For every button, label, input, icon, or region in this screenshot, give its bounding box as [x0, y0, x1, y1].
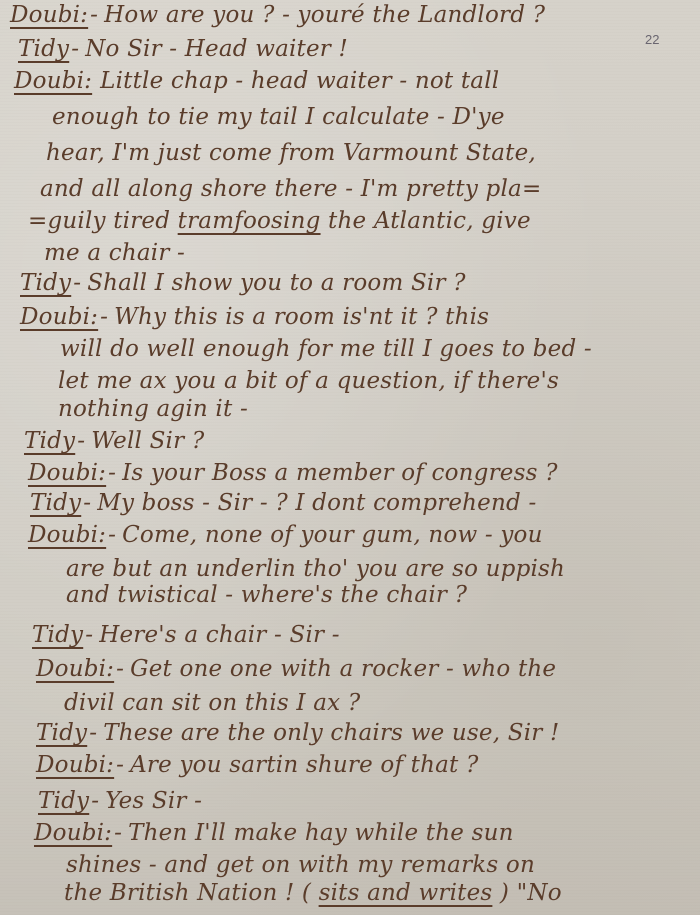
dialogue-line: Tidy-Well Sir ? — [24, 428, 204, 454]
separator: - — [77, 428, 85, 454]
page-number: 22 — [645, 32, 659, 47]
dialogue-line: Tidy-My boss - Sir - ? I dont comprehend… — [30, 490, 536, 516]
dialogue-line: Tidy-These are the only chairs we use, S… — [36, 720, 559, 746]
dialogue-line: shines - and get on with my remarks on — [66, 852, 535, 878]
dialogue-line: =guily tired tramfoosing the Atlantic, g… — [28, 208, 531, 234]
separator: - — [85, 622, 93, 648]
dialogue-text: the Atlantic, give — [321, 208, 531, 234]
dialogue-text: let me ax you a bit of a question, if th… — [58, 368, 559, 394]
speaker-label: Tidy — [30, 490, 81, 516]
speaker-label: Doubi: — [34, 820, 112, 846]
dialogue-line: Tidy-Yes Sir - — [38, 788, 202, 814]
dialogue-text: How are you ? - youré the Landlord ? — [104, 2, 545, 28]
dialogue-text: Get one one with a rocker - who the — [130, 656, 556, 682]
speaker-label: Doubi: — [36, 752, 114, 778]
dialogue-line: Doubi:-Are you sartin shure of that ? — [36, 752, 479, 778]
dialogue-text: Why this is a room is'nt it ? this — [114, 304, 489, 330]
dialogue-text: Is your Boss a member of congress ? — [122, 460, 558, 486]
speaker-label: Doubi: — [10, 2, 88, 28]
dialogue-text: hear, I'm just come from Varmount State, — [46, 140, 536, 166]
dialogue-line: Tidy-No Sir - Head waiter ! — [18, 36, 348, 62]
separator: - — [73, 270, 81, 296]
separator: - — [116, 752, 124, 778]
dialogue-line: hear, I'm just come from Varmount State, — [46, 140, 536, 166]
dialogue-text: Are you sartin shure of that ? — [130, 752, 478, 778]
dialogue-line: and twistical - where's the chair ? — [66, 582, 467, 608]
dialogue-line: will do well enough for me till I goes t… — [60, 336, 592, 362]
dialogue-text: Shall I show you to a room Sir ? — [87, 270, 466, 296]
dialogue-line: Doubi:-Get one one with a rocker - who t… — [36, 656, 556, 682]
dialogue-line: Doubi:-Why this is a room is'nt it ? thi… — [20, 304, 489, 330]
dialogue-text: and twistical - where's the chair ? — [66, 582, 467, 608]
dialogue-text: =guily tired — [28, 208, 178, 234]
dialogue-text: me a chair - — [44, 240, 185, 266]
dialogue-line: Doubi:-Then I'll make hay while the sun — [34, 820, 514, 846]
dialogue-line: are but an underlin tho' you are so uppi… — [66, 556, 565, 582]
speaker-label: Doubi: — [20, 304, 98, 330]
dialogue-text: Here's a chair - Sir - — [99, 622, 339, 648]
dialogue-text: Then I'll make hay while the sun — [128, 820, 513, 846]
dialogue-line: Doubi:Little chap - head waiter - not ta… — [14, 68, 499, 94]
speaker-label: Doubi: — [36, 656, 114, 682]
dialogue-line: Doubi:-Is your Boss a member of congress… — [28, 460, 558, 486]
separator: - — [71, 36, 79, 62]
separator: - — [108, 522, 116, 548]
dialogue-text: Well Sir ? — [91, 428, 204, 454]
dialogue-line: Tidy-Here's a chair - Sir - — [32, 622, 340, 648]
separator: - — [89, 720, 97, 746]
dialogue-text: My boss - Sir - ? I dont comprehend - — [97, 490, 536, 516]
separator: - — [108, 460, 116, 486]
dialogue-line: me a chair - — [44, 240, 185, 266]
speaker-label: Doubi: — [14, 68, 92, 94]
speaker-label: Doubi: — [28, 522, 106, 548]
separator: - — [90, 2, 98, 28]
dialogue-text: are but an underlin tho' you are so uppi… — [66, 556, 565, 582]
dialogue-text: These are the only chairs we use, Sir ! — [103, 720, 559, 746]
dialogue-text: enough to tie my tail I calculate - D'ye — [52, 104, 505, 130]
separator: - — [116, 656, 124, 682]
speaker-label: Tidy — [18, 36, 69, 62]
separator: - — [83, 490, 91, 516]
speaker-label: Doubi: — [28, 460, 106, 486]
speaker-label: Tidy — [38, 788, 89, 814]
dialogue-line: and all along shore there - I'm pretty p… — [40, 176, 541, 202]
dialogue-line: nothing agin it - — [58, 396, 248, 422]
underlined-word: tramfoosing — [178, 208, 321, 234]
speaker-label: Tidy — [24, 428, 75, 454]
dialogue-line: enough to tie my tail I calculate - D'ye — [52, 104, 505, 130]
dialogue-line: divil can sit on this I ax ? — [64, 690, 360, 716]
dialogue-line: Tidy-Shall I show you to a room Sir ? — [20, 270, 466, 296]
dialogue-text: Come, none of your gum, now - you — [122, 522, 542, 548]
speaker-label: Tidy — [32, 622, 83, 648]
dialogue-text: No Sir - Head waiter ! — [85, 36, 348, 62]
dialogue-text: and all along shore there - I'm pretty p… — [40, 176, 541, 202]
dialogue-text: nothing agin it - — [58, 396, 248, 422]
dialogue-text: ) "No — [492, 880, 561, 906]
underlined-stage-direction: sits and writes — [319, 880, 493, 906]
dialogue-text: divil can sit on this I ax ? — [64, 690, 360, 716]
dialogue-text: will do well enough for me till I goes t… — [60, 336, 592, 362]
manuscript-page: 22 Doubi:-How are you ? - youré the Land… — [0, 0, 700, 915]
dialogue-line: Doubi:-Come, none of your gum, now - you — [28, 522, 543, 548]
dialogue-text: the British Nation ! ( — [64, 880, 319, 906]
separator: - — [100, 304, 108, 330]
dialogue-text: Little chap - head waiter - not tall — [100, 68, 499, 94]
dialogue-line: Doubi:-How are you ? - youré the Landlor… — [10, 2, 545, 28]
dialogue-line: let me ax you a bit of a question, if th… — [58, 368, 559, 394]
dialogue-line: the British Nation ! ( sits and writes )… — [64, 880, 562, 906]
speaker-label: Tidy — [36, 720, 87, 746]
dialogue-text: Yes Sir - — [105, 788, 202, 814]
separator: - — [114, 820, 122, 846]
separator: - — [91, 788, 99, 814]
speaker-label: Tidy — [20, 270, 71, 296]
dialogue-text: shines - and get on with my remarks on — [66, 852, 535, 878]
